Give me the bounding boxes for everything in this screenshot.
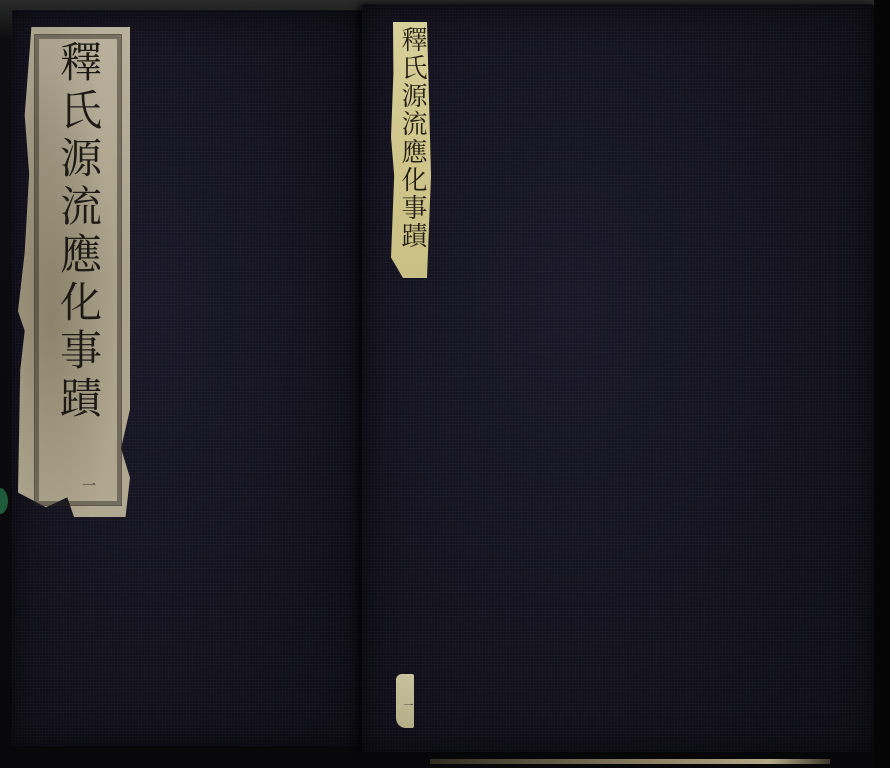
right-title-text: 釋氏源流應化事蹟 (393, 26, 429, 250)
right-book-cover (362, 4, 874, 752)
page-edge-bottom (430, 759, 830, 764)
left-title-text: 釋氏源流應化事蹟 (48, 40, 108, 424)
right-bottom-tag-text: 一 (399, 700, 414, 710)
right-margin (874, 0, 890, 768)
left-volume-mark: 一 (78, 478, 98, 492)
